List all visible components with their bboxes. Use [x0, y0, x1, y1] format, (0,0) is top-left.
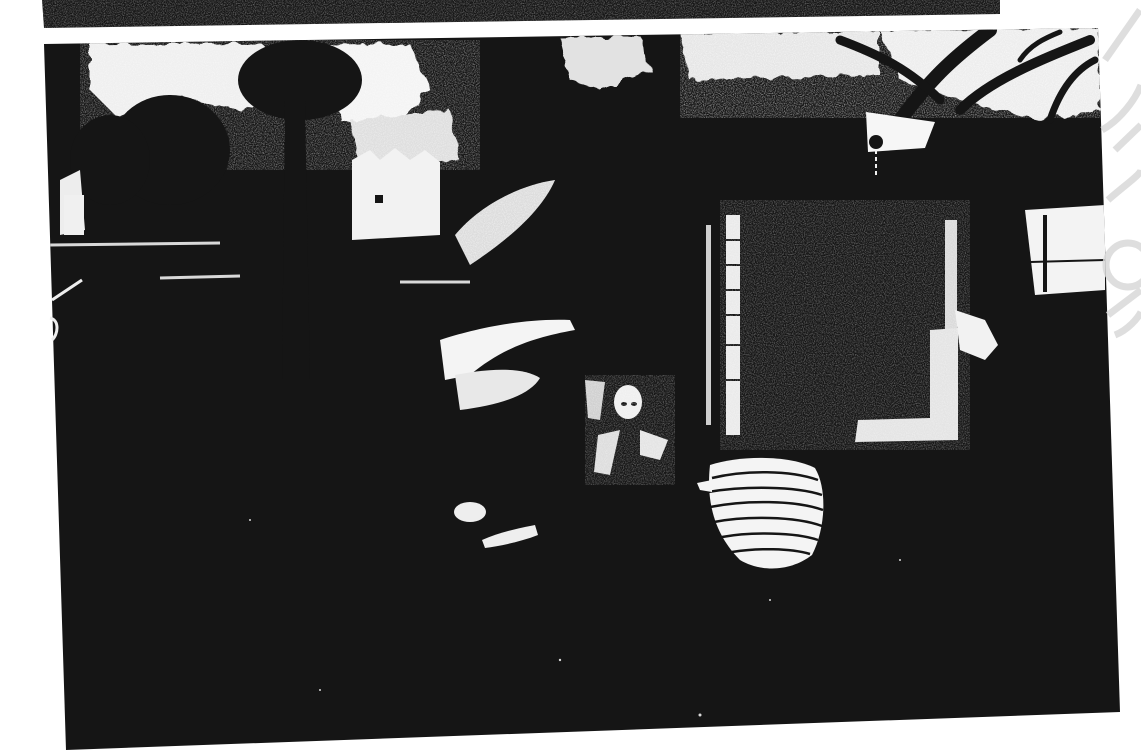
main-photo: [0, 0, 1141, 750]
small-child: [585, 375, 675, 485]
scanned-photo-scene: [0, 0, 1141, 750]
brick-pillars: [706, 200, 970, 450]
